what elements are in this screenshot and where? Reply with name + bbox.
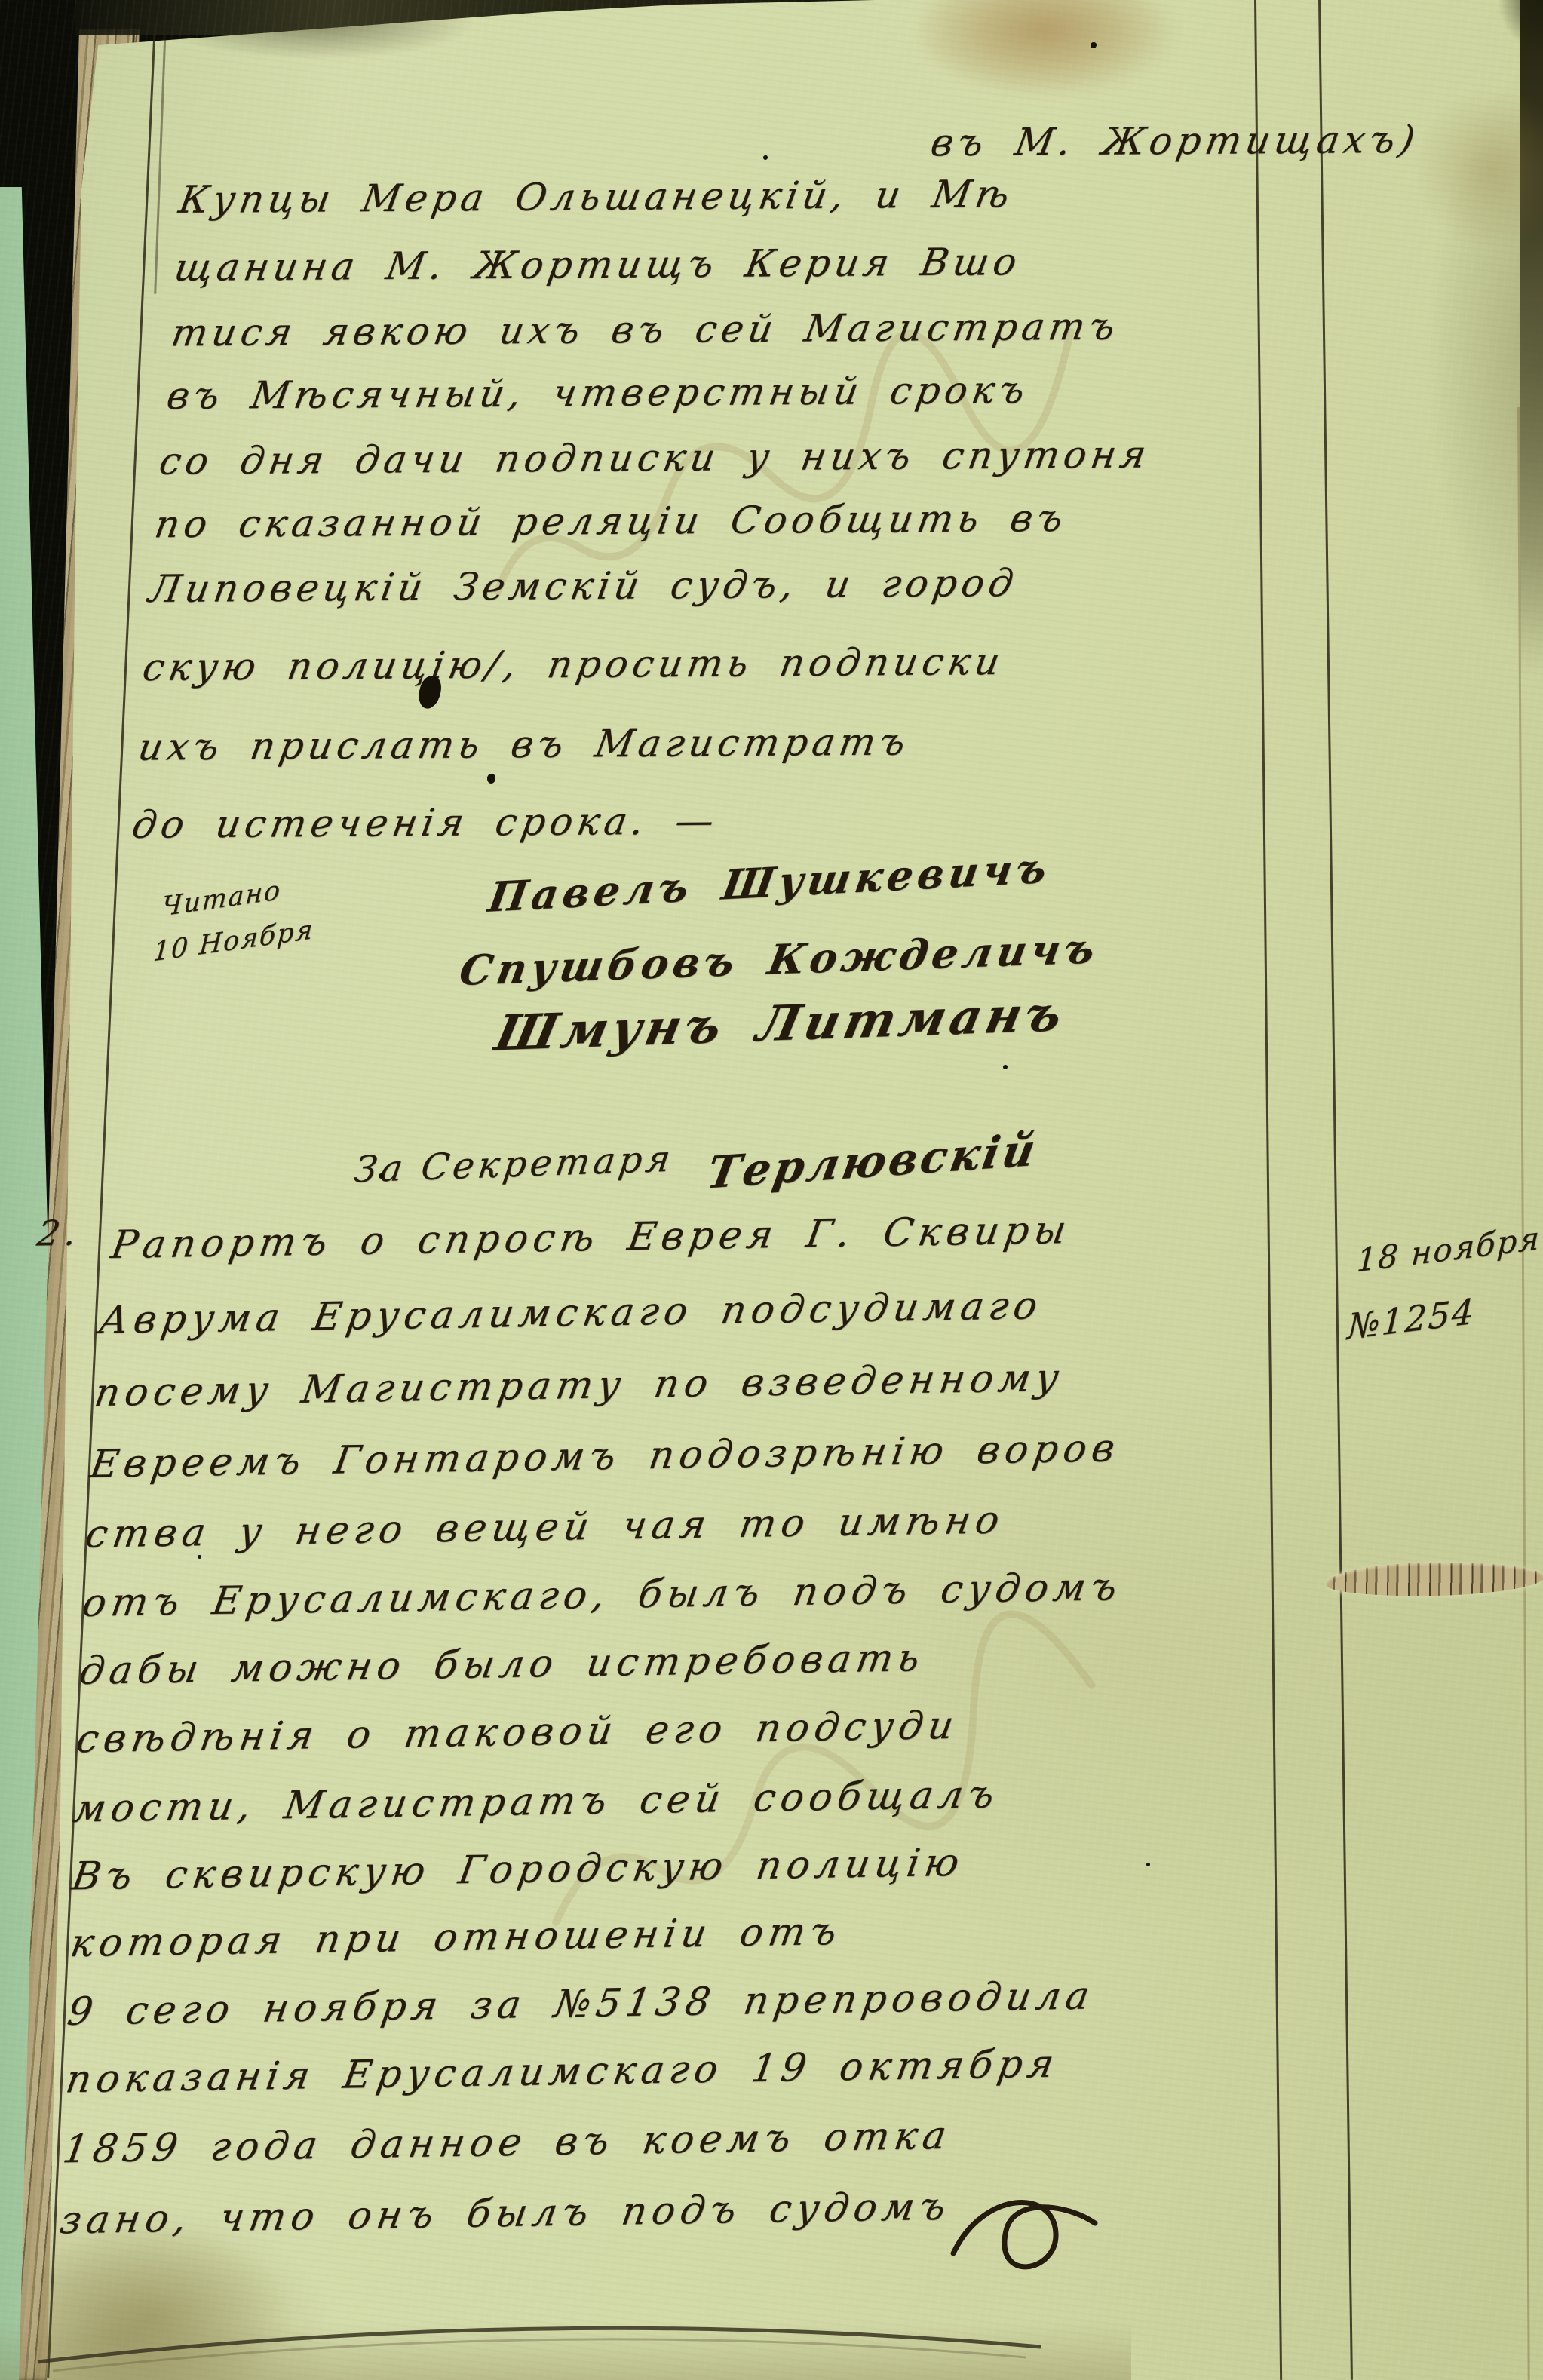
- handwriting-line: тися явкою ихъ въ сей Магистратъ: [168, 305, 1123, 355]
- right-page-edge-shadow: [1520, 0, 1543, 679]
- handwriting-line: въ Мѣсячный, чтверстный срокъ: [164, 368, 1032, 418]
- signature-flourish: [940, 2184, 1113, 2297]
- handwriting-line: по сказанной реляціи Сообщить въ: [152, 496, 1071, 547]
- flourish-stroke: [953, 2202, 1095, 2266]
- handwriting-line: щанина М. Жортищъ Керия Вшо: [171, 240, 1024, 290]
- handwriting-line: ихъ прислать въ Магистратъ: [135, 719, 913, 768]
- secretary-label: За Секретаря: [351, 1137, 676, 1191]
- handwriting-line: въ М. Жортищахъ): [928, 118, 1422, 165]
- handwriting-line: со дня дачи подписки у нихъ спутоня: [156, 432, 1154, 483]
- handwriting-line: Купцы Мера Ольшанецкій, и Мѣ: [176, 172, 1017, 222]
- handwriting-line: скую полицію/, просить подписки: [140, 639, 1008, 689]
- entry-number: 2.: [35, 1212, 85, 1253]
- handwriting-line: Липовецкій Земскій судъ, и город: [146, 561, 1021, 611]
- scanned-document-photo: въ М. Жортищахъ) Купцы Мера Ольшанецкій,…: [0, 0, 1543, 2380]
- handwriting-line: до истеченія срока. —: [129, 799, 722, 846]
- secretary-line: За Секретаря Терлювскій: [354, 1136, 1038, 1187]
- top-right-corner-shadow: [1490, 0, 1543, 68]
- bottom-page-edge-curve: [30, 2299, 1086, 2380]
